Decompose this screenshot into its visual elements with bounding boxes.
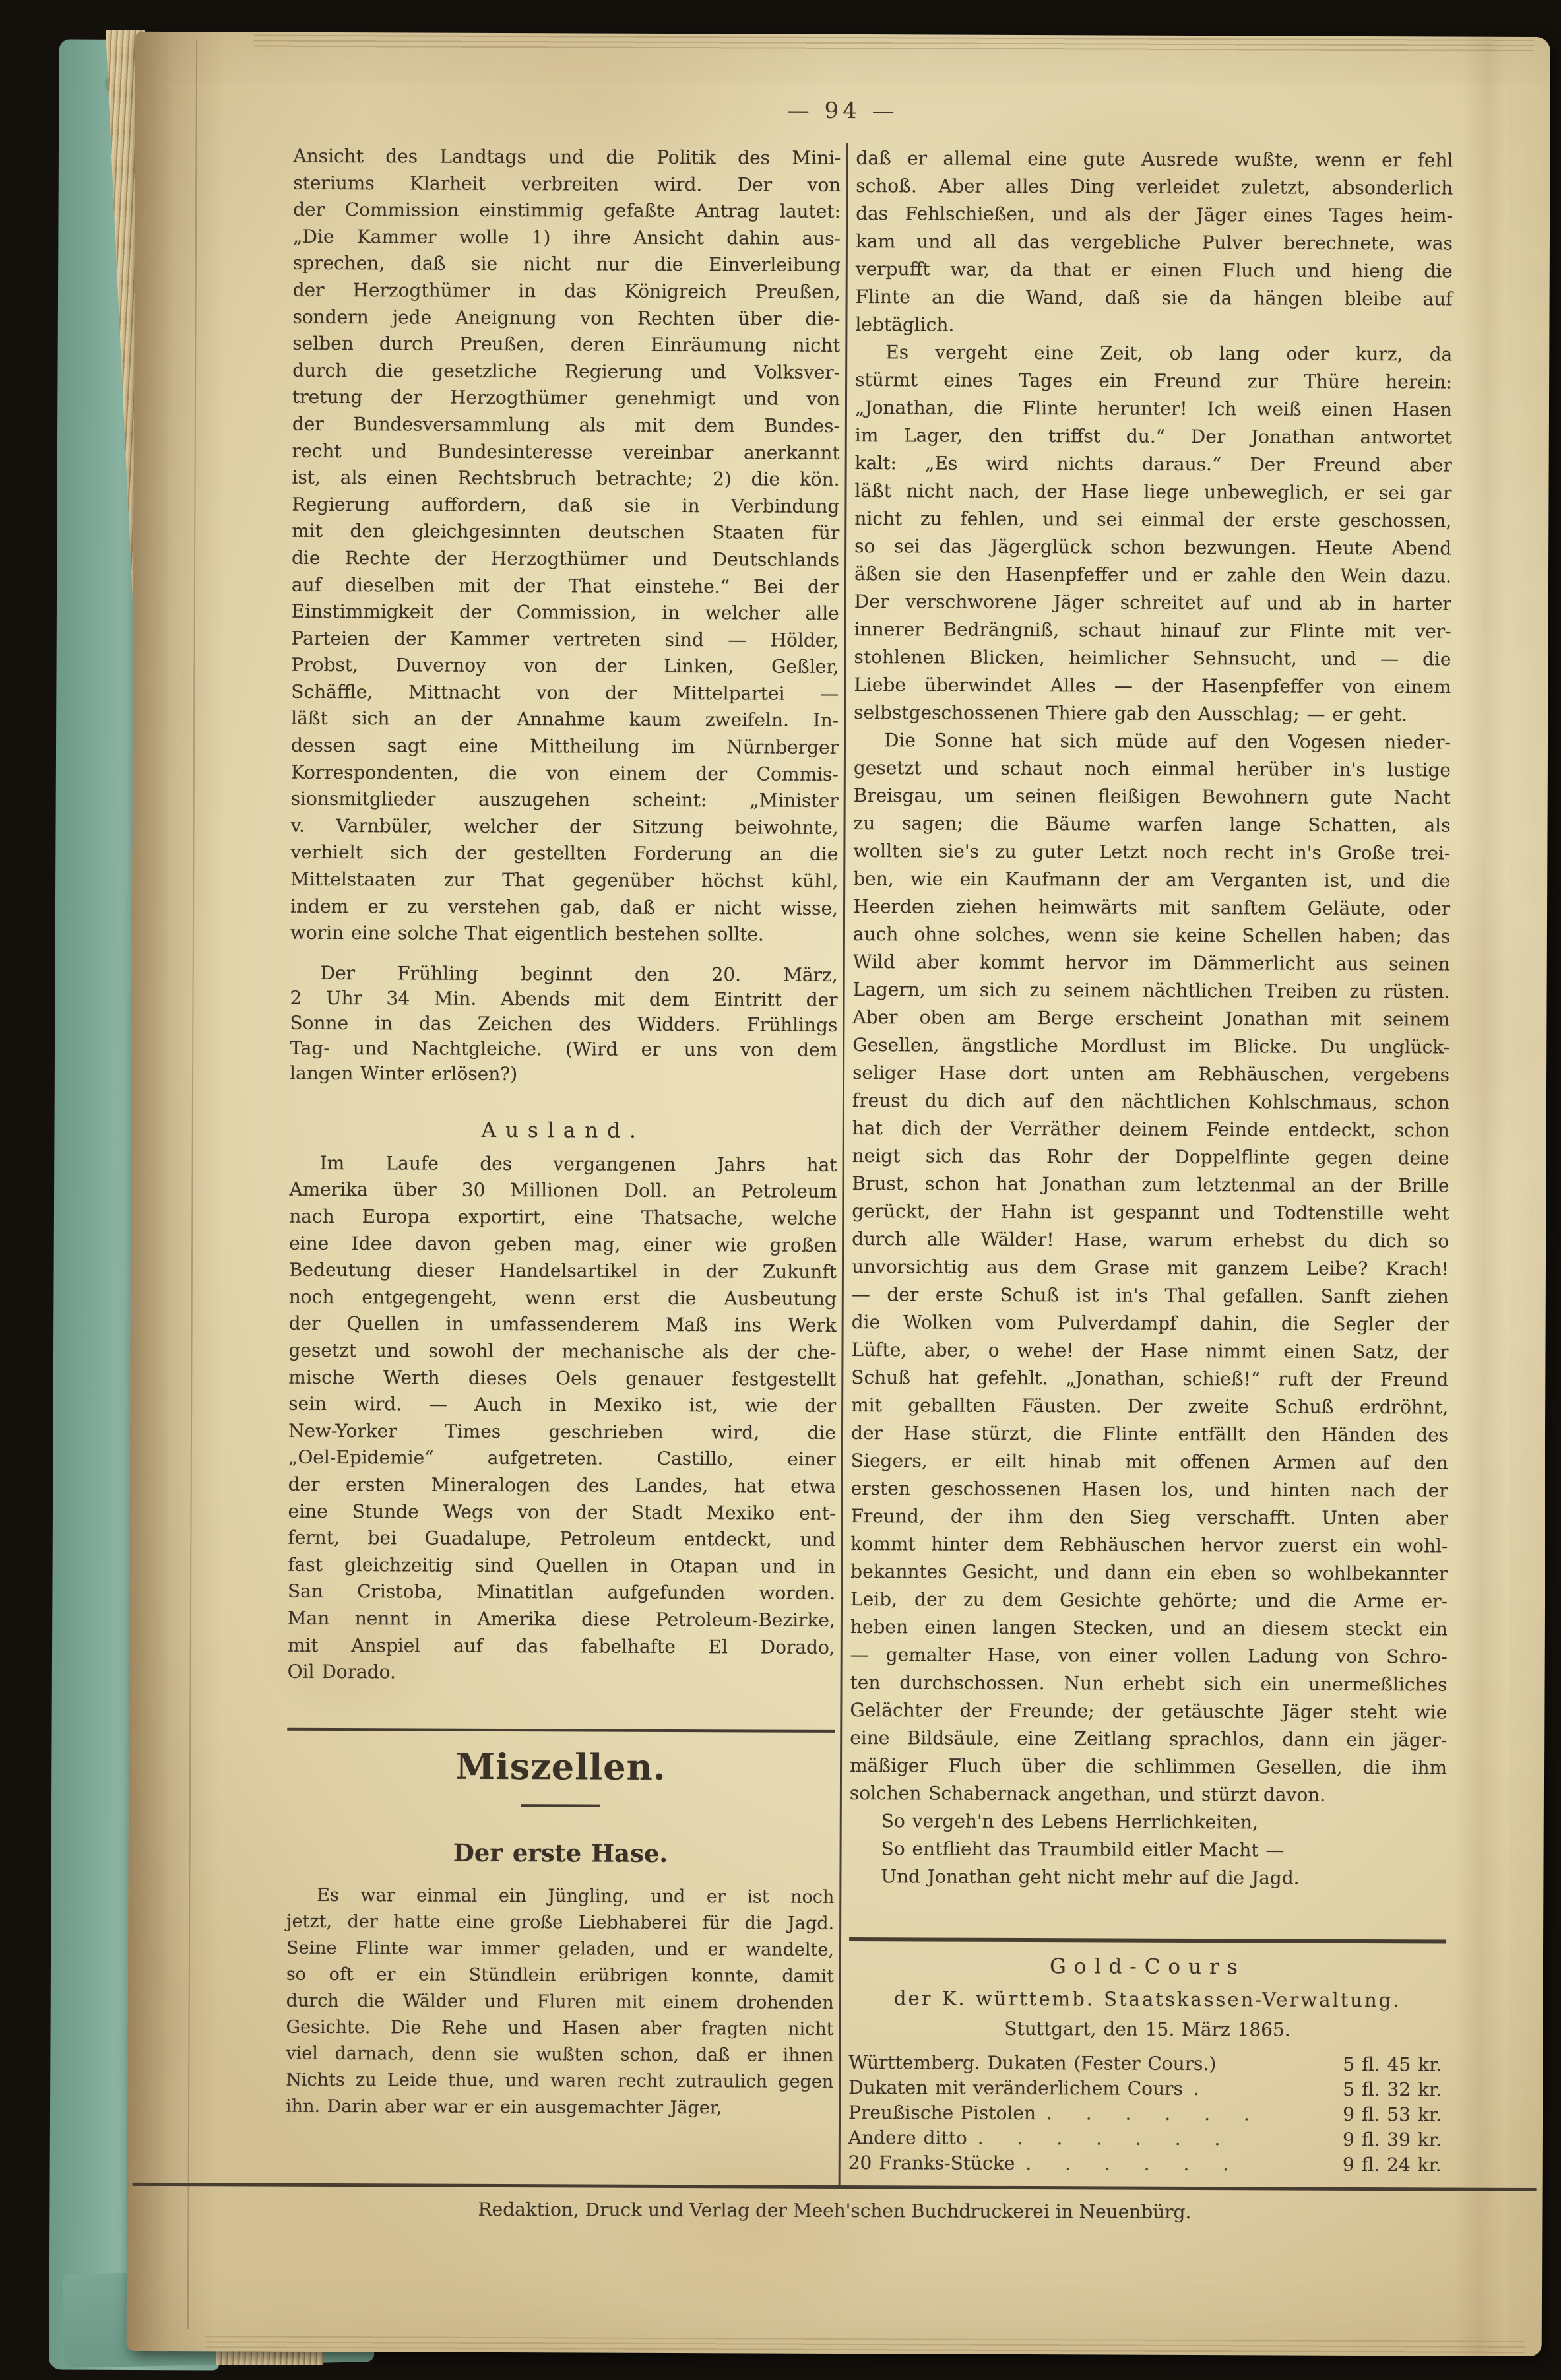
gold-cours-section: Gold-Cours der K. württemb. Staatskassen… bbox=[848, 1956, 1446, 2181]
gold-cours-row: 20 Franks-Stücke. . . . . .9 fl. 24 kr. bbox=[848, 2154, 1446, 2181]
text-line: Es war einmal ein Jüngling, und er ist n… bbox=[286, 1886, 834, 1914]
text-line: ist, als einen Rechtsbruch betrachte; 2)… bbox=[292, 468, 839, 498]
text-line: dessen sagt eine Mittheilung im Nürnberg… bbox=[291, 736, 839, 765]
text-line: Bedeutung dieser Handelsartikel in der Z… bbox=[289, 1261, 837, 1290]
column-divider-rule bbox=[839, 143, 848, 2185]
text-line: langen Winter erlösen?) bbox=[290, 1064, 837, 1091]
right-column: daß er allemal eine gute Ausrede wußte, … bbox=[848, 149, 1453, 2181]
page-fold-line bbox=[187, 40, 197, 2329]
text-line: worin eine solche That eigentlich besteh… bbox=[290, 924, 838, 953]
text-line: der Bundesversammlung als mit dem Bundes… bbox=[292, 415, 840, 444]
gold-cours-label: Andere ditto bbox=[848, 2129, 967, 2148]
gold-cours-dot-leader: . bbox=[1183, 2080, 1343, 2099]
text-line: der Herzogthümer in das Königreich Preuß… bbox=[293, 281, 841, 310]
text-line: Einstimmigkeit der Commission, in welche… bbox=[292, 602, 839, 631]
poem-line: Und Jonathan geht nicht mehr auf die Jag… bbox=[849, 1867, 1446, 1897]
imprint-line: Redaktion, Druck und Verlag der Meeh'sch… bbox=[127, 2197, 1542, 2224]
newspaper-page: — 94 — Ansicht des Landtags und die Poli… bbox=[127, 32, 1550, 2356]
right-column-text: daß er allemal eine gute Ausrede wußte, … bbox=[849, 149, 1453, 1943]
top-page-edges bbox=[254, 35, 1534, 53]
page-number: — 94 — bbox=[135, 95, 1550, 127]
text-line: Seine Flinte war immer geladen, und er w… bbox=[286, 1939, 834, 1967]
section-heading-ausland: Ausland. bbox=[290, 1120, 837, 1151]
gold-cours-subtitle: der K. württemb. Staatskassen-Verwaltung… bbox=[849, 1989, 1446, 2016]
gold-cours-dot-leader: . . . . . . bbox=[1015, 2154, 1343, 2174]
gold-cours-label: Dukaten mit veränderlichem Cours bbox=[848, 2078, 1183, 2098]
gold-cours-value: 5 fl. 32 kr. bbox=[1343, 2080, 1446, 2100]
text-line: sionsmitglieder auszugehen scheint: „Min… bbox=[291, 790, 839, 819]
article-landtag: Ansicht des Landtags und die Politik des… bbox=[290, 147, 841, 953]
story-begin: Es war einmal ein Jüngling, und er ist n… bbox=[286, 1886, 834, 2125]
text-line: selben durch Preußen, deren Einräumung n… bbox=[292, 335, 840, 364]
text-line: viel darnach, denn sie wußten schon, daß… bbox=[286, 2044, 833, 2073]
gold-cours-label: 20 Franks-Stücke bbox=[848, 2154, 1015, 2173]
text-line: fernt, bei Guadalupe, Petroleum entdeckt… bbox=[288, 1529, 835, 1558]
text-line: so oft er ein Stündlein erübrigen konnte… bbox=[286, 1965, 834, 1993]
gold-cours-label: Preußische Pistolen bbox=[848, 2104, 1036, 2123]
gold-cours-dot-leader bbox=[1216, 2070, 1343, 2071]
story-closing-verse: So vergeh'n des Lebens Herrlichkeiten,So… bbox=[849, 1812, 1446, 1897]
gutter-shadow bbox=[127, 32, 234, 2352]
story-continuation-3: Die Sonne hat sich müde auf den Vogesen … bbox=[850, 731, 1451, 1814]
gold-cours-title: Gold-Cours bbox=[849, 1956, 1446, 1985]
gold-cours-value: 9 fl. 39 kr. bbox=[1343, 2131, 1446, 2150]
page-crease bbox=[1453, 37, 1514, 2356]
gold-cours-dot-leader: . . . . . . bbox=[1036, 2104, 1343, 2124]
text-line: der Commission einstimmig gefaßte Antrag… bbox=[293, 201, 841, 230]
scanned-book-page-scene: — 94 — Ansicht des Landtags und die Poli… bbox=[0, 0, 1561, 2380]
text-line: sein wird. — Auch in Mexiko ist, wie der bbox=[288, 1395, 836, 1424]
bottom-page-edges bbox=[206, 2336, 1525, 2354]
text-line: Gesichte. Die Rehe und Hasen aber fragte… bbox=[286, 2018, 833, 2046]
story-title: Der erste Hase. bbox=[286, 1840, 834, 1872]
text-line: Ansicht des Landtags und die Politik des… bbox=[293, 147, 841, 176]
text-line: der ersten Mineralogen des Landes, hat e… bbox=[288, 1475, 836, 1504]
text-line: durch die Wälder und Fluren mit einem dr… bbox=[286, 1991, 834, 2020]
gold-cours-value: 9 fl. 24 kr. bbox=[1343, 2156, 1446, 2175]
left-column: Ansicht des Landtags und die Politik des… bbox=[286, 147, 841, 2126]
text-line: nach Europa exportirt, eine Thatsache, w… bbox=[289, 1207, 837, 1237]
gold-cours-dot-leader: . . . . . . . bbox=[967, 2129, 1343, 2149]
article-petroleum: Im Laufe des vergangenen Jahrs hatAmerik… bbox=[288, 1154, 837, 1692]
text-line: Man nennt in Amerika diese Petroleum-Bez… bbox=[288, 1609, 835, 1638]
gold-cours-label: Württemberg. Dukaten (Fester Cours.) bbox=[848, 2053, 1216, 2073]
story-continuation-1: daß er allemal eine gute Ausrede wußte, … bbox=[855, 149, 1453, 345]
heading-underline-rule bbox=[521, 1804, 600, 1807]
text-line: jetzt, der hatte eine große Liebhaberei … bbox=[286, 1912, 834, 1941]
gold-cours-top-rule bbox=[849, 1937, 1446, 1943]
footer-rule bbox=[133, 2183, 1537, 2191]
section-divider-rule bbox=[287, 1727, 835, 1732]
story-continuation-2: Es vergeht eine Zeit, ob lang oder kurz,… bbox=[854, 343, 1452, 733]
gold-cours-table: Württemberg. Dukaten (Fester Cours.)5 fl… bbox=[848, 2053, 1446, 2181]
text-line: Mittelstaaten zur That gegenüber höchst … bbox=[290, 870, 838, 899]
gold-cours-value: 5 fl. 45 kr. bbox=[1343, 2055, 1446, 2074]
section-heading-miszellen: Miszellen. bbox=[287, 1747, 835, 1791]
text-line: Oil Dorado. bbox=[288, 1663, 835, 1692]
text-line: ihn. Darin aber war er ein ausgemachter … bbox=[286, 2097, 833, 2125]
text-line: Nichts zu Leide thue, und waren recht zu… bbox=[286, 2071, 833, 2099]
note-fruehling: Der Frühling beginnt den 20. März,2 Uhr … bbox=[290, 964, 838, 1091]
gold-cours-dateline: Stuttgart, den 15. März 1865. bbox=[848, 2019, 1446, 2045]
text-line: gesetzt und sowohl der mechanische als d… bbox=[288, 1341, 836, 1370]
text-line: die Rechte der Herzogthümer und Deutschl… bbox=[292, 549, 839, 578]
gold-cours-value: 9 fl. 53 kr. bbox=[1343, 2106, 1446, 2125]
